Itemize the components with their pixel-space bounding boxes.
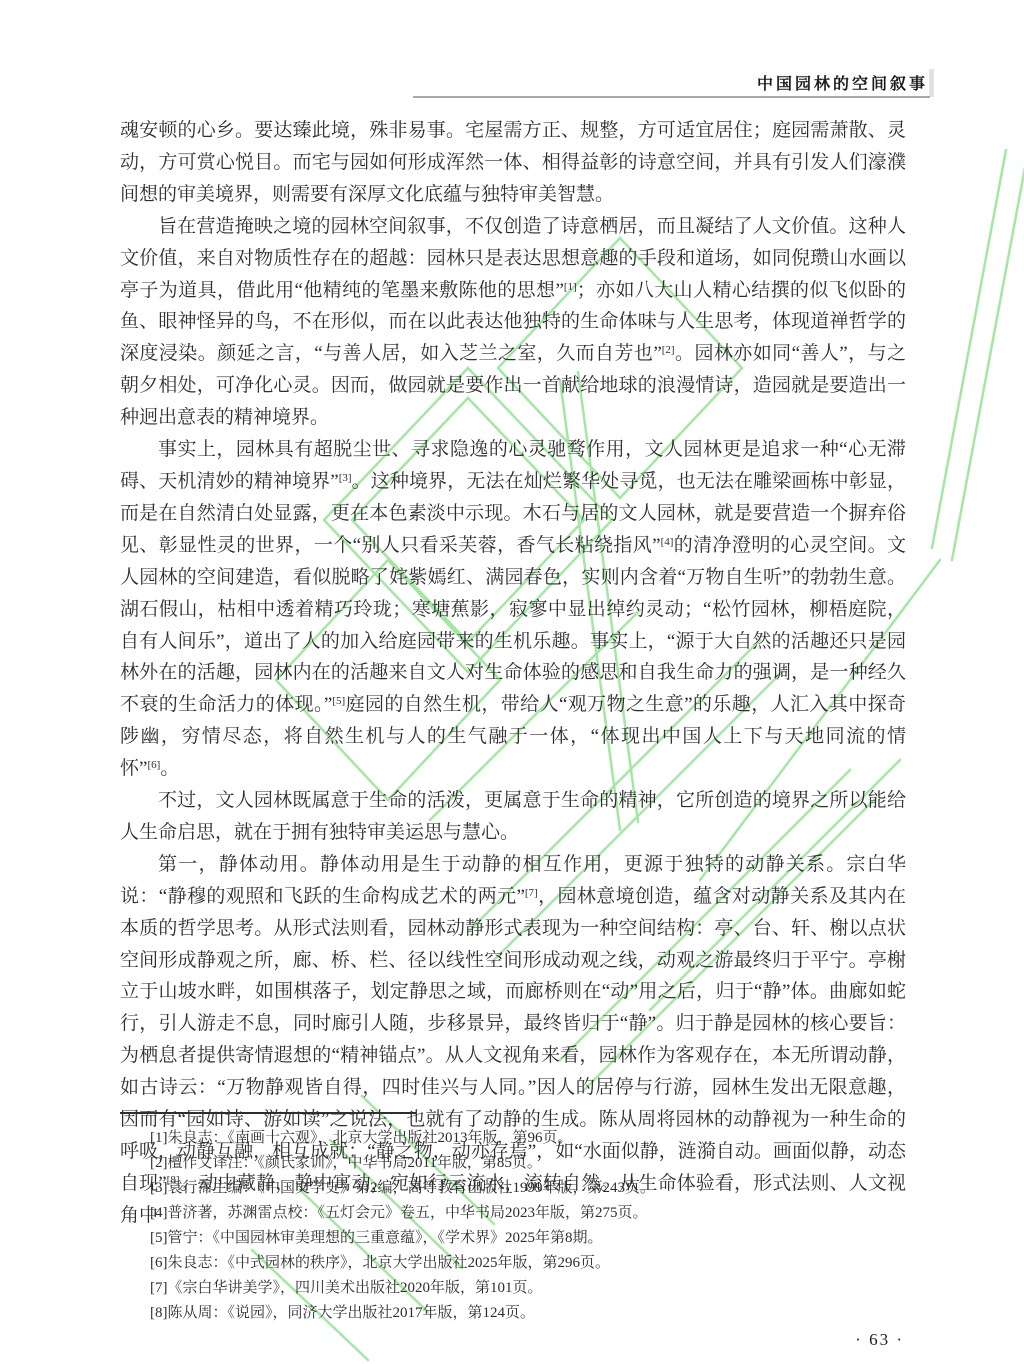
- paragraph: 不过，文人园林既属意于生命的活泼，更属意于生命的精神，它所创造的境界之所以能给人…: [120, 785, 906, 849]
- header-rule: [413, 96, 930, 98]
- paragraphs: 魂安顿的心乡。要达臻此境，殊非易事。宅屋需方正、规整，方可适宜居住；庭园需萧散、…: [120, 115, 906, 1232]
- footnote-ref: [1]: [564, 281, 577, 293]
- footnote: [7]《宗白华讲美学》，四川美术出版社2020年版，第101页。: [120, 1276, 912, 1301]
- footnote-ref: [7]: [525, 887, 538, 899]
- paragraph: 旨在营造掩映之境的园林空间叙事，不仅创造了诗意栖居，而且凝结了人文价值。这种人文…: [120, 211, 906, 434]
- footnote: [8]陈从周：《说园》，同济大学出版社2017年版，第124页。: [120, 1301, 912, 1326]
- footnote: [4]普济著，苏渊雷点校：《五灯会元》卷五，中华书局2023年版，第275页。: [120, 1201, 912, 1226]
- running-head: 中国园林的空间叙事: [757, 71, 928, 94]
- footnote-ref: [6]: [147, 759, 160, 771]
- footnote: [2]檀作文译注：《颜氏家训》，中华书局2011年版，第85页。: [120, 1151, 912, 1176]
- footnote: [5]管宁：《中国园林审美理想的三重意蕴》，《学术界》2025年第8期。: [120, 1226, 912, 1251]
- page-number: · 63 ·: [855, 1330, 904, 1350]
- footnote-ref: [2]: [662, 344, 675, 356]
- footnote-ref: [4]: [661, 536, 674, 548]
- footnotes: [1]朱良志：《南画十六观》，北京大学出版社2013年版，第96页。[2]檀作文…: [120, 1126, 912, 1326]
- footnote-separator: [120, 1112, 416, 1114]
- paragraph: 魂安顿的心乡。要达臻此境，殊非易事。宅屋需方正、规整，方可适宜居住；庭园需萧散、…: [120, 115, 906, 211]
- footnote: [1]朱良志：《南画十六观》，北京大学出版社2013年版，第96页。: [120, 1126, 912, 1151]
- footnote-ref: [3]: [339, 472, 352, 484]
- footnote: [3]袁行霈主编：《中国文学史》第2编，高等教育出版社1999年版，第243页。: [120, 1176, 912, 1201]
- header-edge-shade: [929, 69, 934, 97]
- footnote: [6]朱良志：《中式园林的秩序》，北京大学出版社2025年版，第296页。: [120, 1251, 912, 1276]
- paragraph: 事实上，园林具有超脱尘世、寻求隐逸的心灵驰骛作用，文人园林更是追求一种“心无滞碍…: [120, 434, 906, 785]
- footnote-ref: [5]: [332, 695, 345, 707]
